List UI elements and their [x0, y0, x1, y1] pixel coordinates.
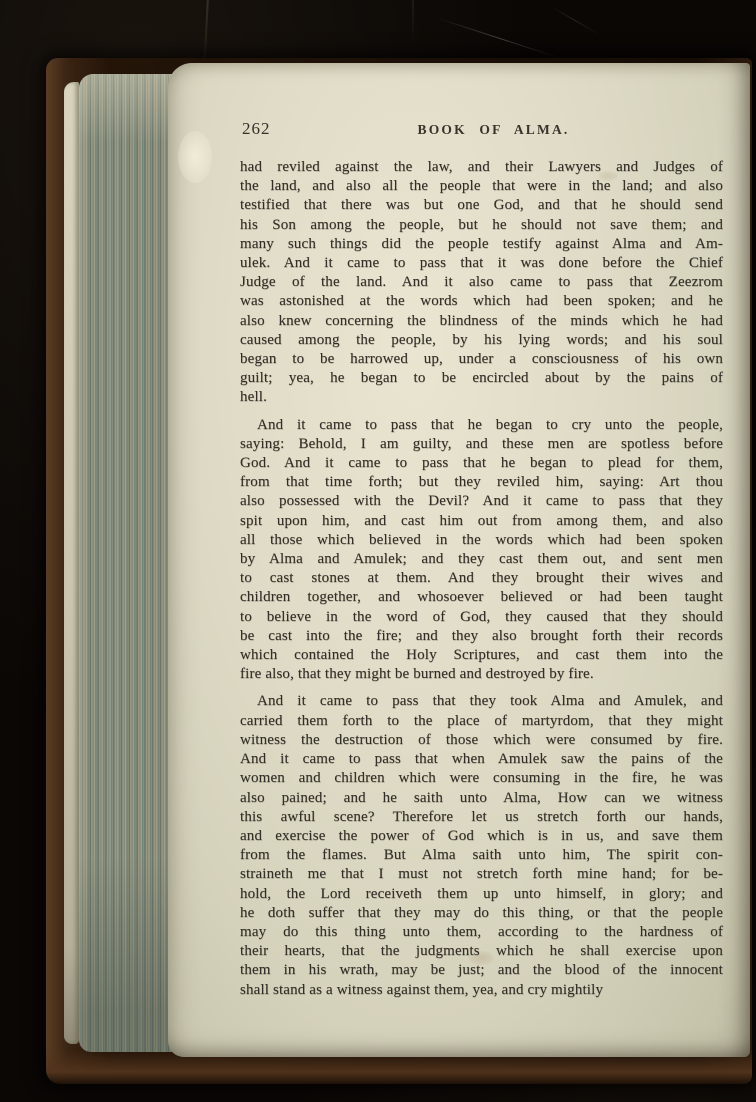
paragraph: had reviled against the law, and their L…: [240, 158, 723, 408]
text-line: to believe in the word of God, they caus…: [240, 608, 723, 627]
text-line: women and children which were consuming …: [240, 769, 723, 788]
text-line: also pained; and he saith unto Alma, How…: [240, 789, 723, 808]
text-line: Judge of the land. And it also came to p…: [240, 273, 723, 292]
text-line: guilt; yea, he began to be encircled abo…: [240, 369, 723, 388]
page-text: had reviled against the law, and their L…: [240, 158, 723, 1000]
text-line: by Alma and Amulek; and they cast them o…: [240, 550, 723, 569]
scratch-mark: [549, 5, 601, 36]
book-page: 262 BOOK OF ALMA. had reviled against th…: [168, 63, 750, 1057]
text-line: also knew concerning the blindness of th…: [240, 312, 723, 331]
text-line: them in his wrath, may be just; and the …: [240, 961, 723, 980]
text-line: carried them forth to the place of marty…: [240, 712, 723, 731]
text-line: was astonished at the words which had be…: [240, 292, 723, 311]
text-line: may do this thing unto them, according t…: [240, 923, 723, 942]
text-line: shall stand as a witness against them, y…: [240, 981, 723, 1000]
text-line: hell.: [240, 388, 723, 407]
text-line: their hearts, that the judgments which h…: [240, 942, 723, 961]
cover-inner-edge: [64, 82, 79, 1044]
text-line: had reviled against the law, and their L…: [240, 158, 723, 177]
text-line: ulek. And it came to pass that it was do…: [240, 254, 723, 273]
text-line: And it came to pass that he began to cry…: [240, 416, 723, 435]
text-line: began to be harrowed up, under a conscio…: [240, 350, 723, 369]
text-line: witness the destruction of those which w…: [240, 731, 723, 750]
text-line: the land, and also all the people that w…: [240, 177, 723, 196]
printed-page-content: 262 BOOK OF ALMA. had reviled against th…: [168, 63, 750, 1057]
text-line: from the flames. But Alma saith unto him…: [240, 846, 723, 865]
text-line: And it came to pass that when Amulek saw…: [240, 750, 723, 769]
text-line: fire also, that they might be burned and…: [240, 665, 723, 684]
text-line: testified that there was but one God, an…: [240, 196, 723, 215]
text-line: hold, the Lord receiveth them up unto hi…: [240, 885, 723, 904]
text-line: caused among the people, by his lying wo…: [240, 331, 723, 350]
text-line: spit upon him, and cast him out from amo…: [240, 512, 723, 531]
text-line: this awful scene? Therefore let us stret…: [240, 808, 723, 827]
text-line: straineth me that I must not stretch for…: [240, 865, 723, 884]
text-line: to cast stones at them. And they brought…: [240, 569, 723, 588]
text-line: saying: Behold, I am guilty, and these m…: [240, 435, 723, 454]
page-header: 262 BOOK OF ALMA.: [240, 119, 723, 141]
light-streak: [412, 0, 414, 40]
text-line: And it came to pass that they took Alma …: [240, 692, 723, 711]
text-line: which contained the Holy Scriptures, and…: [240, 646, 723, 665]
text-line: and exercise the power of God which is i…: [240, 827, 723, 846]
text-line: all those which believed in the words wh…: [240, 531, 723, 550]
text-line: many such things did the people testify …: [240, 235, 723, 254]
photo-background: 262 BOOK OF ALMA. had reviled against th…: [0, 0, 756, 1102]
text-line: he doth suffer that they may do this thi…: [240, 904, 723, 923]
scratch-mark: [433, 16, 566, 60]
text-line: his Son among the people, but he should …: [240, 216, 723, 235]
paragraph: And it came to pass that they took Alma …: [240, 692, 723, 999]
text-line: also possessed with the Devil? And it ca…: [240, 492, 723, 511]
paragraph: And it came to pass that he began to cry…: [240, 416, 723, 685]
text-line: be cast into the fire; and they also bro…: [240, 627, 723, 646]
text-line: from that time forth; but they reviled h…: [240, 473, 723, 492]
running-header: BOOK OF ALMA.: [252, 122, 735, 138]
text-line: God. And it came to pass that he began t…: [240, 454, 723, 473]
text-line: children together, and whosoever believe…: [240, 588, 723, 607]
